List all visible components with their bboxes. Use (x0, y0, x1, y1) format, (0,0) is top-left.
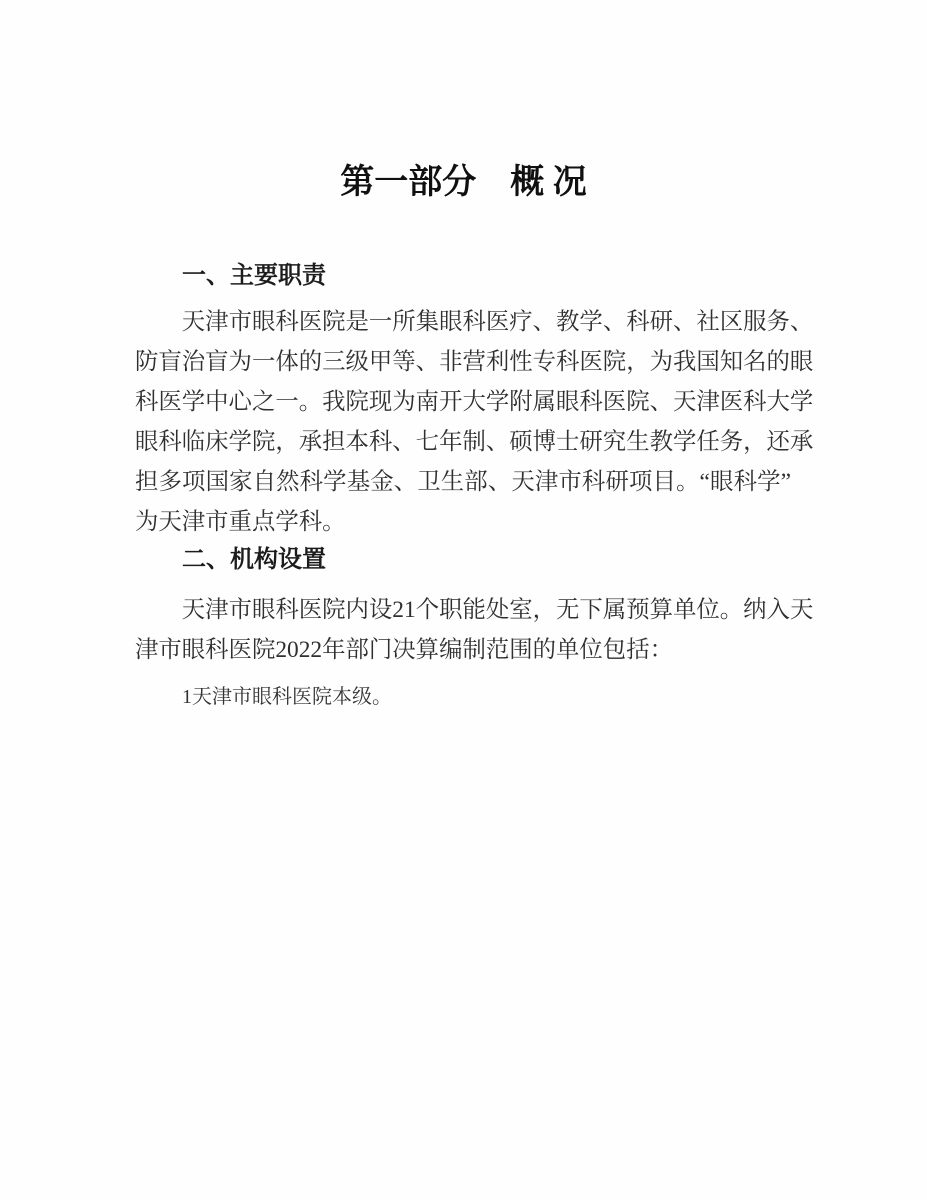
section-2-paragraph: 天津市眼科医院内设21个职能处室，无下属预算单位。纳入天 津市眼科医院2022年… (135, 590, 791, 670)
section-1-paragraph: 天津市眼科医院是一所集眼科医疗、教学、科研、社区服务、 防盲治盲为一体的三级甲等… (135, 302, 791, 542)
paragraph-line: 天津市眼科医院是一所集眼科医疗、教学、科研、社区服务、 (135, 302, 791, 342)
paragraph-line: 天津市眼科医院内设21个职能处室，无下属预算单位。纳入天 (135, 590, 791, 630)
section-heading-main-duties: 一、主要职责 (182, 264, 326, 288)
paragraph-line: 担多项国家自然科学基金、卫生部、天津市科研项目。“眼科学” (135, 462, 791, 502)
paragraph-line: 防盲治盲为一体的三级甲等、非营利性专科医院，为我国知名的眼 (135, 342, 791, 382)
document-page: 第一部分 概 况 一、主要职责 天津市眼科医院是一所集眼科医疗、教学、科研、社区… (0, 0, 927, 1200)
unit-list-item: 1天津市眼科医院本级。 (182, 685, 392, 709)
paragraph-line: 科医学中心之一。我院现为南开大学附属眼科医院、天津医科大学 (135, 382, 791, 422)
paragraph-line: 为天津市重点学科。 (135, 502, 791, 542)
section-heading-org-structure: 二、机构设置 (182, 548, 326, 572)
paragraph-line: 眼科临床学院，承担本科、七年制、硕博士研究生教学任务，还承 (135, 422, 791, 462)
paragraph-line: 津市眼科医院2022年部门决算编制范围的单位包括： (135, 630, 791, 670)
page-title: 第一部分 概 况 (0, 166, 927, 200)
